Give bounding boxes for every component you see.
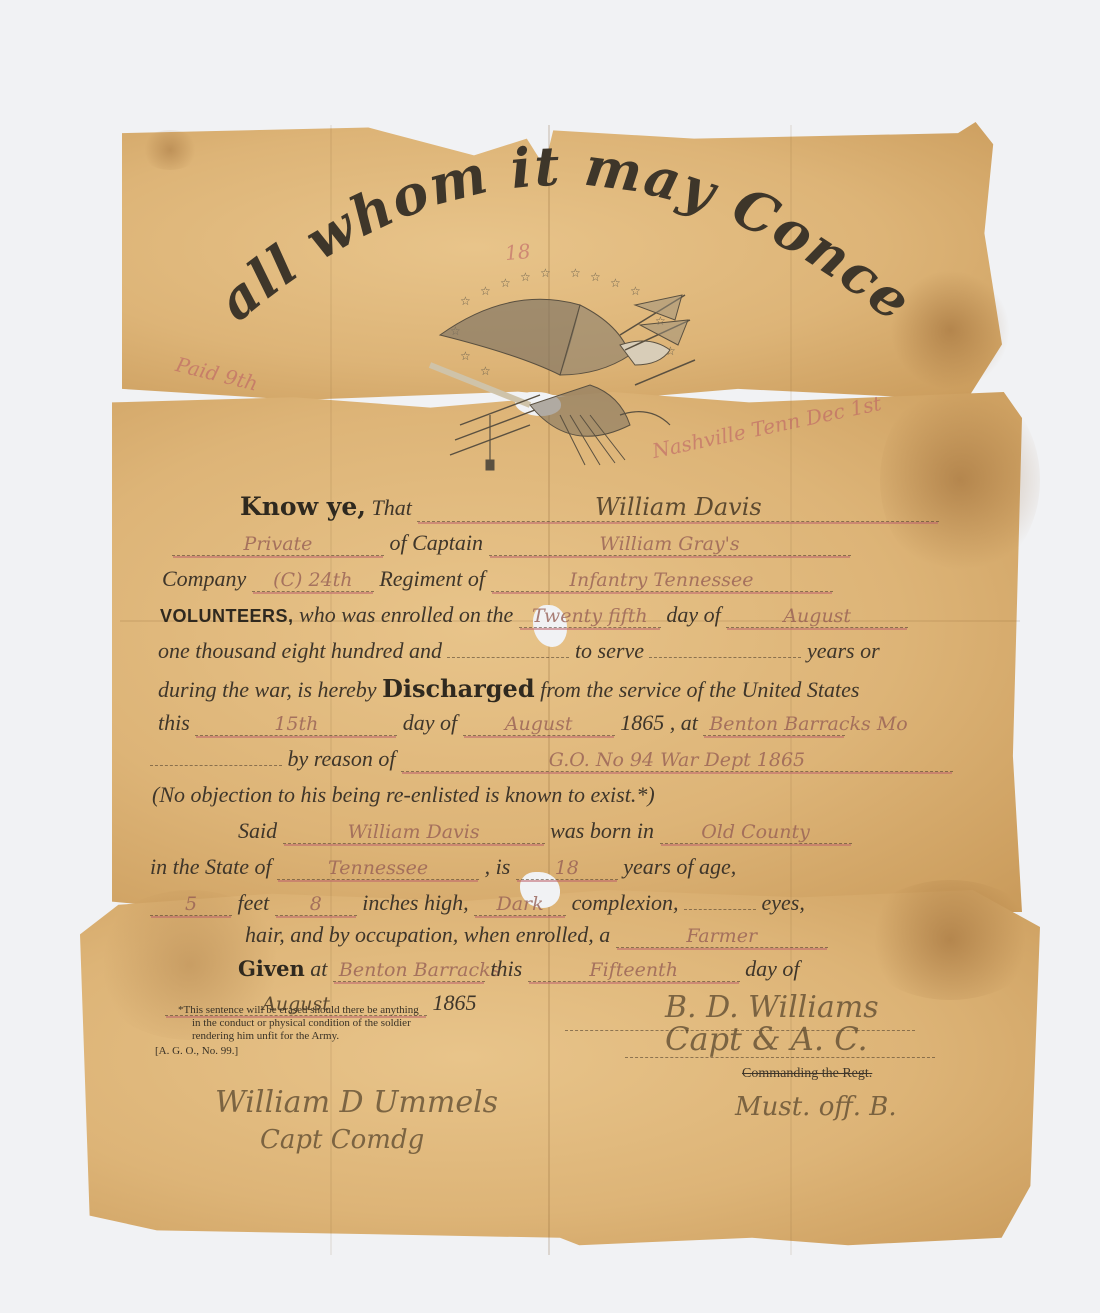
given-day-field: Fifteenth: [528, 959, 740, 982]
enrolled-month-field: August: [726, 605, 908, 628]
regiment-of-label: Regiment of: [379, 566, 485, 591]
from-service-label: from the service of the United States: [540, 677, 859, 702]
ago-order-ref: [A. G. O., No. 99.]: [155, 1045, 238, 1058]
line-occupation: hair, and by occupation, when enrolled, …: [245, 922, 828, 948]
svg-text:☆: ☆: [610, 276, 621, 290]
complexion-label: complexion,: [572, 890, 679, 915]
complexion-field: Dark: [474, 893, 566, 916]
discharge-place-cont: [150, 765, 282, 766]
age-field: 18: [516, 857, 618, 880]
line-discharge-date: this 15th day of August 1865 , at Benton…: [158, 710, 845, 736]
years-or-label: years or: [807, 638, 880, 663]
that-label: That: [371, 495, 411, 520]
red-pencil-note-top: 18: [504, 239, 531, 265]
line-reason: by reason of G.O. No 94 War Dept 1865: [150, 746, 953, 772]
volunteers-label: VOLUNTEERS,: [160, 606, 294, 626]
line-no-objection: (No objection to his being re-enlisted i…: [152, 782, 655, 808]
height-inches-field: 8: [275, 893, 357, 916]
is-label: , is: [485, 854, 511, 879]
svg-text:☆: ☆: [570, 266, 581, 280]
day-of-label-2: day of: [403, 710, 457, 735]
svg-text:☆: ☆: [590, 270, 601, 284]
enrolled-year-field: [447, 657, 569, 658]
line-discharged: during the war, is hereby Discharged fro…: [158, 674, 859, 703]
feet-label: feet: [238, 890, 270, 915]
this-label-2: this: [490, 956, 522, 981]
enrolled-on-label: who was enrolled on the: [299, 602, 513, 627]
was-born-in-label: was born in: [550, 818, 654, 843]
by-reason-of-label: by reason of: [288, 746, 396, 771]
line-company: Company (C) 24th Regiment of Infantry Te…: [162, 566, 833, 592]
captain-name-field: William Gray's: [489, 533, 851, 556]
given-at-field: Benton Barracks: [333, 959, 485, 982]
in-the-state-of-label: in the State of: [150, 854, 272, 879]
line-one-thousand: one thousand eight hundred and to serve …: [158, 638, 880, 664]
day-of-label: day of: [666, 602, 720, 627]
years-of-age-label: years of age,: [623, 854, 736, 879]
years-to-serve-field: [649, 657, 801, 658]
day-of-label-3: day of: [745, 956, 799, 981]
svg-text:☆: ☆: [540, 266, 551, 280]
discharge-day-field: 15th: [195, 713, 397, 736]
svg-text:☆: ☆: [480, 284, 491, 298]
footnote-line-3: rendering him unfit for the Army.: [178, 1030, 419, 1043]
this-label: this: [158, 710, 190, 735]
at-label-2: at: [310, 956, 327, 981]
at-label: , at: [670, 710, 698, 735]
occupation-field: Farmer: [616, 925, 828, 948]
reason-field: G.O. No 94 War Dept 1865: [401, 749, 953, 772]
footnote-erase-notice: *This sentence will be erased should the…: [178, 1004, 419, 1043]
given-label: Given: [238, 956, 305, 981]
line-given-at: Given at Benton Barracks this Fifteenth …: [238, 956, 800, 982]
know-ye-label: Know ye,: [240, 492, 366, 521]
of-captain-label: of Captain: [390, 530, 484, 555]
svg-text:☆: ☆: [520, 270, 531, 284]
svg-text:☆: ☆: [460, 349, 471, 363]
eyes-field: [684, 909, 756, 910]
during-war-label: during the war, is hereby: [158, 677, 377, 702]
given-year: 1865: [433, 990, 477, 1015]
inches-high-label: inches high,: [362, 890, 468, 915]
state-field: Tennessee: [277, 857, 479, 880]
line-know-ye: Know ye, That William Davis: [240, 492, 939, 522]
one-thousand-label: one thousand eight hundred and: [158, 638, 442, 663]
line-captain: Private of Captain William Gray's: [172, 530, 851, 556]
svg-text:☆: ☆: [500, 276, 511, 290]
svg-text:☆: ☆: [630, 284, 641, 298]
line-height-complexion: 5 feet 8 inches high, Dark complexion, e…: [150, 890, 805, 916]
discharge-place-field: Benton Barracks Mo: [703, 713, 845, 736]
rank-field: Private: [172, 533, 384, 556]
line-volunteers: VOLUNTEERS, who was enrolled on the Twen…: [160, 602, 908, 628]
said-label: Said: [238, 818, 277, 843]
discharge-year: 1865: [620, 710, 664, 735]
said-name-field: William Davis: [283, 821, 545, 844]
footnote-line-1: *This sentence will be erased should the…: [178, 1004, 419, 1017]
no-objection-label: (No objection to his being re-enlisted i…: [152, 782, 655, 807]
discharged-label: Discharged: [382, 674, 535, 703]
to-serve-label: to serve: [575, 638, 644, 663]
soldier-name-field: William Davis: [417, 493, 939, 522]
company-label: Company: [162, 566, 246, 591]
svg-text:☆: ☆: [460, 294, 471, 308]
mustering-note: Must. off. B.: [735, 1092, 897, 1122]
discharge-month-field: August: [463, 713, 615, 736]
height-feet-field: 5: [150, 893, 232, 916]
commanding-label: Commanding the Regt.: [742, 1066, 872, 1082]
regiment-field: Infantry Tennessee: [491, 569, 833, 592]
born-in-field: Old County: [660, 821, 852, 844]
enrolled-day-field: Twenty fifth: [519, 605, 661, 628]
commanding-officer-title: Capt & A. C.: [665, 1020, 868, 1058]
second-officer-title: Capt Comdg: [260, 1125, 424, 1155]
footnote-line-2: in the conduct or physical condition of …: [178, 1017, 419, 1030]
second-officer-signature: William D Ummels: [215, 1085, 498, 1120]
eyes-label: eyes,: [762, 890, 805, 915]
hair-occupation-label: hair, and by occupation, when enrolled, …: [245, 922, 610, 947]
company-field: (C) 24th: [252, 569, 374, 592]
line-state-age: in the State of Tennessee , is 18 years …: [150, 854, 736, 880]
line-said-born: Said William Davis was born in Old Count…: [238, 818, 852, 844]
svg-text:☆: ☆: [480, 364, 491, 378]
